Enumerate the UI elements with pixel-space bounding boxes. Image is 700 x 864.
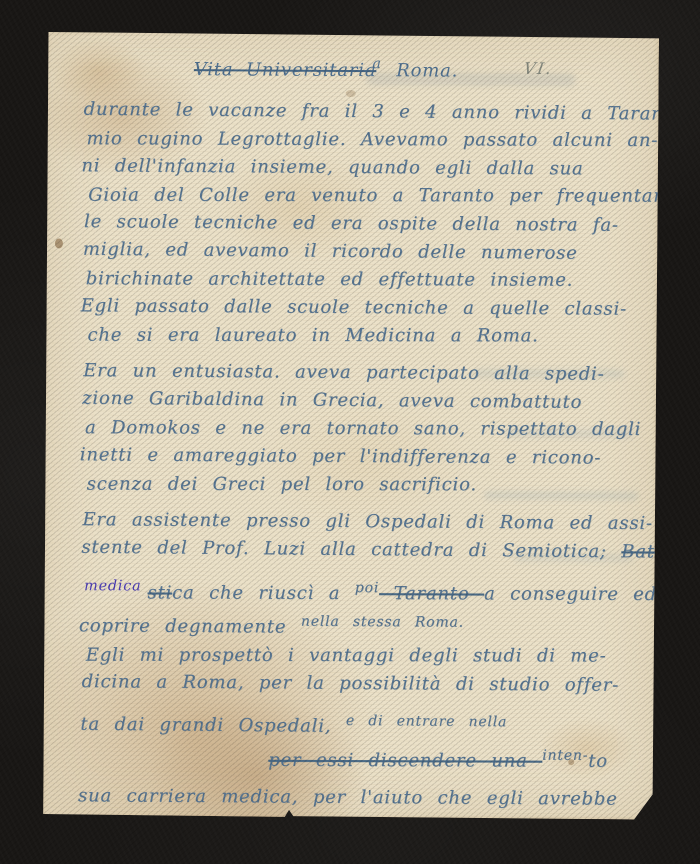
photo-backdrop: Vita Universitariaa Roma. VI. durante le… bbox=[0, 0, 700, 864]
handwriting-text: coprire degnamente bbox=[79, 615, 301, 637]
handwritten-line: zione Garibaldina in Grecia, aveva comba… bbox=[82, 385, 651, 418]
handwritten-line: medicastica che riuscì a poi Taranto a c… bbox=[84, 572, 650, 609]
handwritten-line: birichinate architettate ed effettuate i… bbox=[86, 265, 652, 295]
handwriting-text: ni dell'infanzia insieme, quando egli da… bbox=[81, 155, 583, 179]
handwritten-line: che si era laureato in Medicina a Roma. bbox=[87, 322, 651, 351]
handwritten-line: le scuole tecniche ed era ospite della n… bbox=[84, 208, 652, 240]
handwritten-line: sua carriera medica, per l'aiuto che egl… bbox=[78, 782, 649, 814]
struck-title-text: Vita Universitaria bbox=[194, 59, 377, 81]
handwriting-text: Era un entusiasta. aveva partecipato all… bbox=[83, 360, 604, 385]
handwriting-text: Egli mi prospettò i vantaggi degli studi… bbox=[86, 645, 607, 667]
handwriting-text: zione Garibaldina in Grecia, aveva comba… bbox=[82, 388, 582, 413]
strikethrough-text: Batt. bbox=[621, 541, 669, 562]
handwritten-line: inetti e amareggiato per l'indifferenza … bbox=[80, 441, 651, 473]
handwritten-line: stente del Prof. Luzi alla cattedra di S… bbox=[81, 534, 650, 567]
manuscript-lines: durante le vacanze fra il 3 e 4 anno riv… bbox=[80, 97, 653, 814]
strikethrough-text: Taranto bbox=[379, 583, 484, 604]
handwriting-text: birichinate architettate ed effettuate i… bbox=[86, 268, 574, 291]
page-number: VI. bbox=[523, 59, 555, 78]
strikethrough-text: sti bbox=[148, 582, 173, 603]
handwritten-line: Era un entusiasta. aveva partecipato all… bbox=[83, 357, 651, 389]
handwriting-text: dicina a Roma, per la possibilità di stu… bbox=[82, 671, 620, 696]
strikethrough-text: per essi discendere una bbox=[268, 750, 542, 772]
inserted-text: poi bbox=[355, 580, 379, 596]
paper-speck bbox=[55, 238, 63, 248]
handwritten-line: Era assistente presso gli Ospedali di Ro… bbox=[82, 506, 650, 538]
handwritten-line: coprire degnamente nella stessa Roma. bbox=[79, 606, 650, 644]
handwritten-line: dicina a Roma, per la possibilità di stu… bbox=[82, 668, 650, 700]
handwriting-text: Egli passato dalle scuole tecniche a que… bbox=[81, 295, 627, 319]
handwriting-text: a conseguire ed a bbox=[484, 583, 683, 605]
handwriting-text: to bbox=[588, 751, 608, 772]
manuscript-page: Vita Universitariaa Roma. VI. durante le… bbox=[42, 30, 659, 819]
handwriting-text: durante le vacanze fra il 3 e 4 anno riv… bbox=[84, 99, 684, 125]
inserted-text: e di entrare nella bbox=[346, 713, 507, 730]
handwritten-line: Egli passato dalle scuole tecniche a que… bbox=[81, 292, 652, 324]
handwriting-text: ca che riuscì a bbox=[172, 582, 355, 604]
handwritten-line: a Domokos e ne era tornato sano, rispett… bbox=[85, 414, 651, 444]
handwriting-text: a Domokos e ne era tornato sano, rispett… bbox=[85, 417, 641, 440]
handwriting-text: scenza dei Greci pel loro sacrificio. bbox=[87, 474, 477, 496]
handwriting-text: che si era laureato in Medicina a Roma. bbox=[87, 325, 538, 347]
handwriting-text: stente del Prof. Luzi alla cattedra di S… bbox=[81, 537, 621, 563]
handwritten-line: durante le vacanze fra il 3 e 4 anno riv… bbox=[84, 96, 653, 129]
inserted-text: nella stessa Roma. bbox=[301, 614, 464, 631]
handwriting-text: inetti e amareggiato per l'indifferenza … bbox=[80, 444, 602, 468]
handwriting-text: Era assistente presso gli Ospedali di Ro… bbox=[82, 509, 653, 534]
handwritten-line: miglia, ed avevamo il ricordo delle nume… bbox=[83, 236, 652, 269]
handwritten-line: Gioia del Colle era venuto a Taranto per… bbox=[88, 182, 652, 211]
handwritten-line: per essi discendere una inten-to bbox=[83, 740, 649, 776]
inserted-text: inten- bbox=[542, 748, 588, 764]
violet-ink-correction: medica bbox=[84, 578, 141, 594]
inserted-letter: a bbox=[372, 56, 381, 72]
handwritten-line: ta dai grandi Ospedali, e di entrare nel… bbox=[80, 705, 649, 744]
handwritten-line: Egli mi prospettò i vantaggi degli studi… bbox=[86, 642, 650, 671]
paper-speck bbox=[346, 90, 356, 97]
handwriting-text: le scuole tecniche ed era ospite della n… bbox=[84, 211, 619, 236]
handwriting-text: sua carriera medica, per l'aiuto che egl… bbox=[78, 785, 618, 809]
handwritten-line: mio cugino Legrottaglie. Avevamo passato… bbox=[86, 125, 652, 155]
handwriting-text: Gioia del Colle era venuto a Taranto per… bbox=[88, 185, 674, 207]
handwriting-text: mio cugino Legrottaglie. Avevamo passato… bbox=[86, 128, 658, 151]
manuscript-heading: Vita Universitariaa Roma. bbox=[194, 55, 659, 85]
handwriting-text: ta dai grandi Ospedali, bbox=[80, 714, 346, 737]
handwriting-text: miglia, ed avevamo il ricordo delle nume… bbox=[83, 239, 578, 264]
heading-place-text: Roma. bbox=[396, 60, 458, 81]
handwritten-line: ni dell'infanzia insieme, quando egli da… bbox=[81, 152, 652, 184]
handwritten-line: scenza dei Greci pel loro sacrificio. bbox=[87, 471, 651, 500]
